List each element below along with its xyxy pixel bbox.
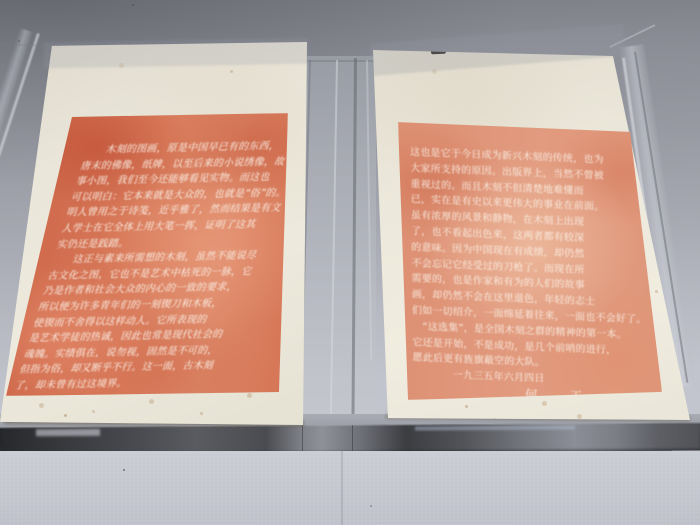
museum-display-photo: 木刻的图画，原是中国早已有的东西， 唐末的佛像，纸牌，以至后来的小说绣像，故 事… bbox=[0, 0, 700, 525]
left-handwritten-text: 木刻的图画，原是中国早已有的东西， 唐末的佛像，纸牌，以至后来的小说绣像，故 事… bbox=[13, 138, 318, 394]
shelf-edge-reflection bbox=[36, 429, 100, 436]
floor-seam bbox=[341, 451, 343, 525]
right-red-manuscript-print: 这也是它于今日成为新兴木刻的传统，也为 大家所支持的原因。出版界上，当然不曾被 … bbox=[398, 121, 662, 400]
case-floor bbox=[0, 451, 700, 525]
right-handwritten-text: 这也是它于今日成为新兴木刻的传统，也为 大家所支持的原因。出版界上，当然不曾被 … bbox=[410, 145, 653, 408]
floor-speck bbox=[123, 469, 125, 471]
dust-speck bbox=[132, 4, 134, 6]
shelf-seam bbox=[302, 425, 303, 453]
left-acrylic-clamp-shade bbox=[44, 38, 308, 69]
shelf-seam bbox=[352, 425, 353, 453]
